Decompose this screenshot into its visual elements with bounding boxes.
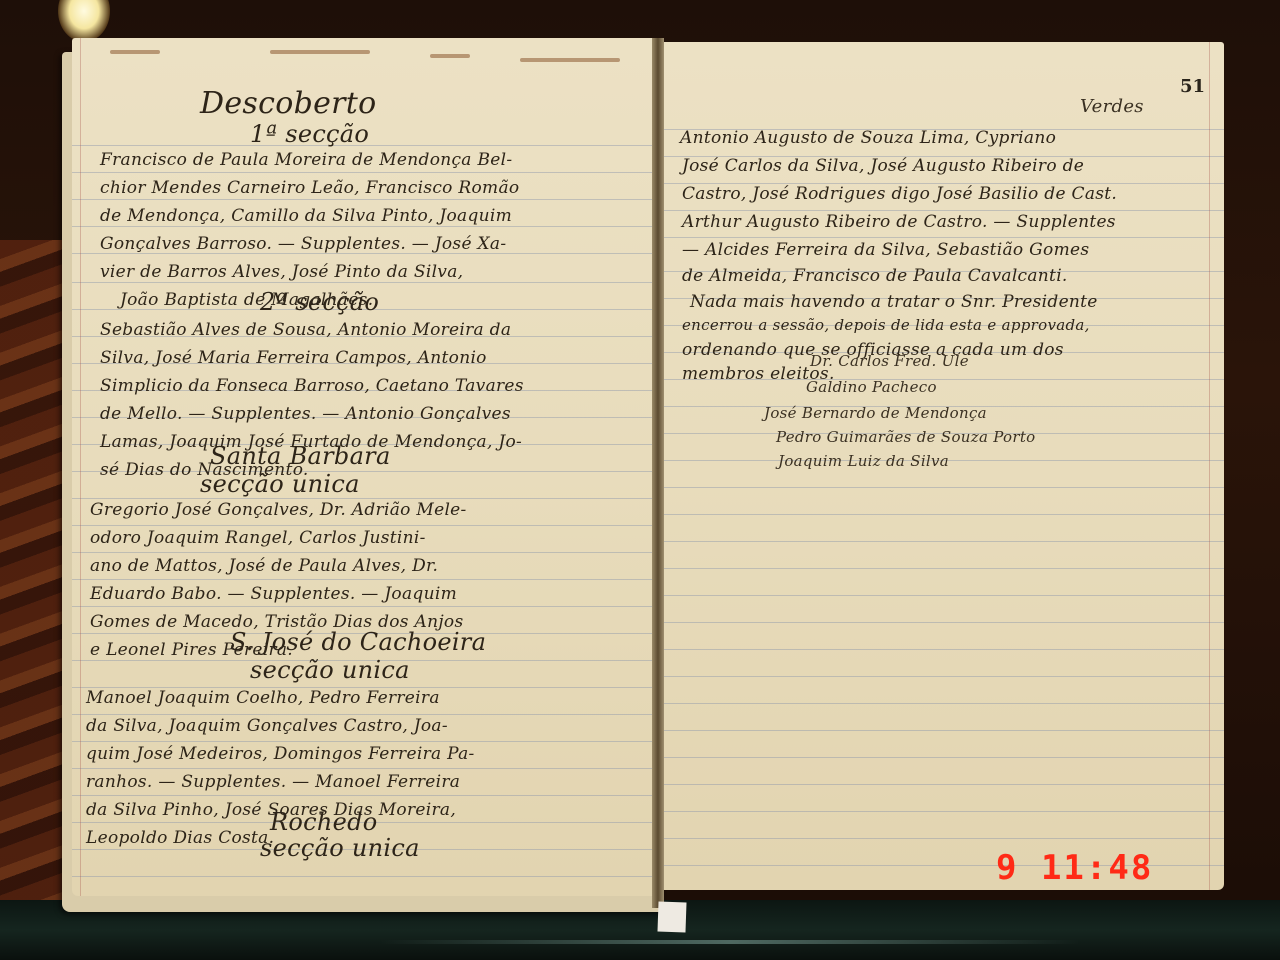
camera-timestamp: 9 11:48: [996, 848, 1153, 888]
glass-reflection: [380, 940, 1080, 944]
entry-line: Gonçalves Barroso. — Supplentes. — José …: [100, 234, 506, 254]
bookmark-ribbon: [657, 902, 686, 933]
entry-line: Francisco de Paula Moreira de Mendonça B…: [100, 150, 512, 170]
entry-line: da Silva, Joaquim Gonçalves Castro, Joa-: [86, 716, 448, 736]
heading-section: secção unica: [250, 656, 410, 684]
entry-line: — Alcides Ferreira da Silva, Sebastião G…: [682, 240, 1089, 260]
entry-line: encerrou a sessão, depois de lida esta e…: [682, 316, 1090, 334]
entry-line: Manoel Joaquim Coelho, Pedro Ferreira: [86, 688, 440, 708]
entry-line: Arthur Augusto Ribeiro de Castro. — Supp…: [682, 212, 1116, 232]
page-number: 51: [1180, 76, 1205, 97]
entry-line: ano de Mattos, José de Paula Alves, Dr.: [90, 556, 438, 576]
entry-line: Silva, José Maria Ferreira Campos, Anton…: [100, 348, 487, 368]
margin-rule: [1209, 42, 1210, 890]
signature: Joaquim Luiz da Silva: [778, 452, 949, 470]
entry-line: Castro, José Rodrigues digo José Basilio…: [682, 184, 1117, 204]
entry-line: de Mendonça, Camillo da Silva Pinto, Joa…: [100, 206, 512, 226]
entry-line: Gregorio José Gonçalves, Dr. Adrião Mele…: [90, 500, 467, 520]
background-lamp-glare: [58, 0, 110, 42]
margin-rule: [80, 38, 81, 896]
book-spine: [652, 38, 664, 908]
heading-place: Rochedo: [270, 808, 378, 836]
entry-line: ranhos. — Supplentes. — Manoel Ferreira: [86, 772, 460, 792]
heading-section: 1ª secção: [250, 120, 369, 148]
signature: Pedro Guimarães de Souza Porto: [776, 428, 1036, 446]
entry-line: chior Mendes Carneiro Leão, Francisco Ro…: [100, 178, 519, 198]
entry-line: Simplicio da Fonseca Barroso, Caetano Ta…: [100, 376, 524, 396]
heading-place: S. José do Cachoeira: [230, 628, 486, 656]
entry-line: Sebastião Alves de Sousa, Antonio Moreir…: [100, 320, 511, 340]
signature: Galdino Pacheco: [806, 378, 937, 396]
signature: Dr. Carlos Fred. Ule: [810, 352, 969, 370]
entry-line: de Almeida, Francisco de Paula Cavalcant…: [682, 266, 1068, 286]
entry-line: odoro Joaquim Rangel, Carlos Justini-: [90, 528, 426, 548]
heading-place: Santa Barbara: [210, 442, 391, 470]
entry-line: vier de Barros Alves, José Pinto da Silv…: [100, 262, 463, 282]
entry-line: de Mello. — Supplentes. — Antonio Gonçal…: [100, 404, 511, 424]
signature: José Bernardo de Mendonça: [764, 404, 987, 422]
heading-section: secção unica: [200, 470, 360, 498]
entry-line: Antonio Augusto de Souza Lima, Cypriano: [680, 128, 1056, 148]
entry-line: Nada mais havendo a tratar o Snr. Presid…: [690, 292, 1098, 312]
entry-line: quim José Medeiros, Domingos Ferreira Pa…: [86, 744, 475, 764]
background-rug: [0, 240, 70, 920]
entry-line: José Carlos da Silva, José Augusto Ribei…: [682, 156, 1084, 176]
heading-section: 2ª secção: [260, 288, 379, 316]
heading-section: secção unica: [260, 834, 420, 862]
entry-line: Eduardo Babo. — Supplentes. — Joaquim: [90, 584, 457, 604]
entry-line: Leopoldo Dias Costa.: [86, 828, 274, 848]
header-note: Verdes: [1080, 96, 1144, 117]
heading-place: Descoberto: [200, 86, 376, 121]
